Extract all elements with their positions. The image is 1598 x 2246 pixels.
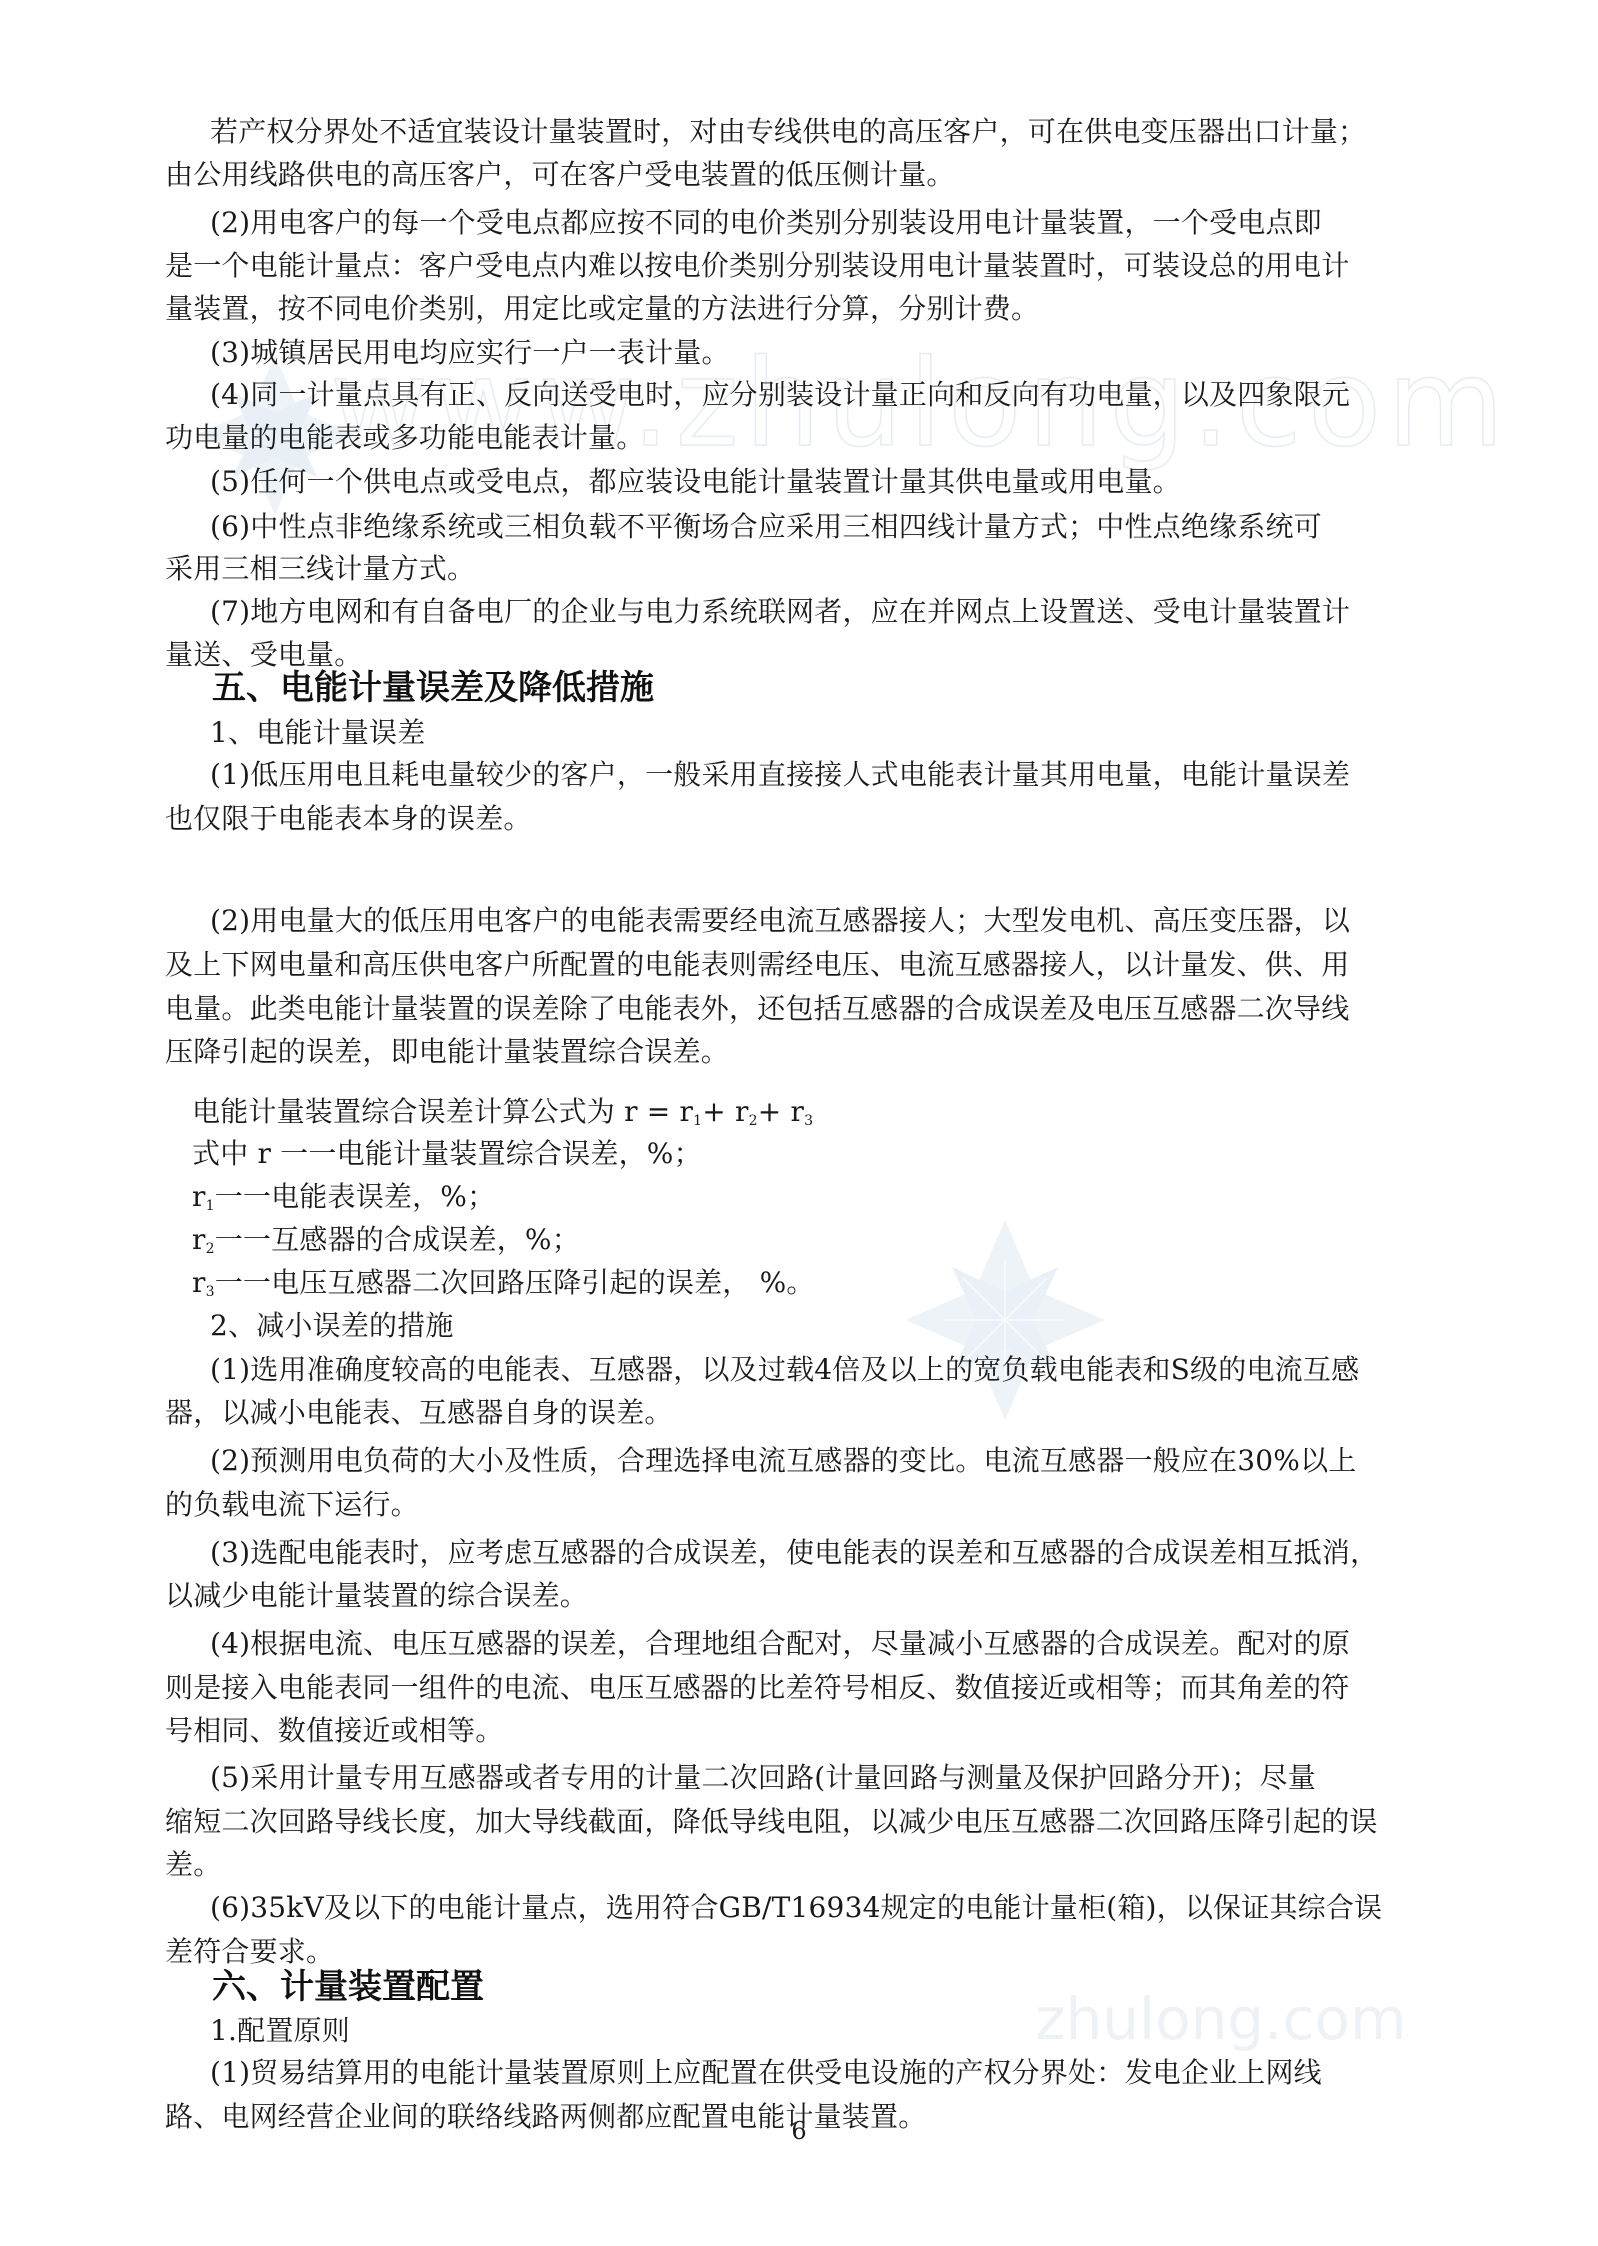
- paragraph-line: 以减少电能计量装置的综合误差。: [165, 1576, 588, 1616]
- paragraph-line: 采用三相三线计量方式。: [165, 549, 475, 589]
- paragraph-line: 则是接入电能表同一组件的电流、电压互感器的比差符号相反、数值接近或相等；而其角差…: [165, 1668, 1349, 1708]
- paragraph-line: 压降引起的误差，即电能计量装置综合误差。: [165, 1032, 729, 1072]
- paragraph-line: 由公用线路供电的高压客户，可在客户受电装置的低压侧计量。: [165, 155, 955, 195]
- paragraph-line: (3)城镇居民用电均应实行一户一表计量。: [210, 333, 730, 373]
- paragraph-line: (2)用电客户的每一个受电点都应按不同的电价类别分别装设用电计量装置，一个受电点…: [210, 203, 1322, 243]
- paragraph-line: (1)选用准确度较高的电能表、互感器，以及过载4倍及以上的宽负载电能表和S级的电…: [210, 1350, 1359, 1390]
- paragraph-line: 电量。此类电能计量装置的误差除了电能表外，还包括互感器的合成误差及电压互感器二次…: [165, 989, 1349, 1029]
- subsection-heading: 1.配置原则: [210, 2011, 350, 2051]
- paragraph-line: (7)地方电网和有自备电厂的企业与电力系统联网者，应在并网点上设置送、受电计量装…: [210, 592, 1350, 632]
- subsection-heading: 1、电能计量误差: [210, 713, 425, 753]
- paragraph-line: (4)同一计量点具有正、反向送受电时，应分别装设计量正向和反向有功电量，以及四象…: [210, 375, 1350, 415]
- paragraph-line: (5)任何一个供电点或受电点，都应装设电能计量装置计量其供电量或用电量。: [210, 462, 1181, 502]
- watermark-logo-icon: [905, 1220, 1105, 1420]
- paragraph-line: 号相同、数值接近或相等。: [165, 1711, 503, 1751]
- paragraph-line: (5)采用计量专用互感器或者专用的计量二次回路(计量回路与测量及保护回路分开)；…: [210, 1758, 1316, 1798]
- paragraph-line: 量装置，按不同电价类别，用定比或定量的方法进行分算，分别计费。: [165, 289, 1039, 329]
- paragraph-line: (1)低压用电且耗电量较少的客户，一般采用直接接人式电能表计量其用电量，电能计量…: [210, 755, 1350, 795]
- paragraph-line: 若产权分界处不适宜装设计量装置时，对由专线供电的高压客户，可在供电变压器出口计量…: [210, 112, 1366, 152]
- paragraph-line: 的负载电流下运行。: [165, 1485, 419, 1525]
- formula-definition: r3一一电压互感器二次回路压降引起的误差， %。: [192, 1263, 815, 1312]
- paragraph-line: (6)35kV及以下的电能计量点，选用符合GB/T16934规定的电能计量柜(箱…: [210, 1888, 1382, 1928]
- paragraph-line: (1)贸易结算用的电能计量装置原则上应配置在供受电设施的产权分界处：发电企业上网…: [210, 2053, 1322, 2093]
- watermark-site-text-small: zhulong.com: [1035, 1990, 1406, 2048]
- paragraph-line: (2)用电量大的低压用电客户的电能表需要经电流互感器接人；大型发电机、高压变压器…: [210, 901, 1350, 941]
- section-heading: 五、电能计量误差及降低措施: [212, 666, 654, 710]
- paragraph-line: (3)选配电能表时，应考虑互感器的合成误差，使电能表的误差和互感器的合成误差相互…: [210, 1533, 1378, 1573]
- paragraph-line: (2)预测用电负荷的大小及性质，合理选择电流互感器的变比。电流互感器一般应在30…: [210, 1441, 1357, 1481]
- section-heading: 六、计量装置配置: [212, 1965, 484, 2009]
- subsection-heading: 2、减小误差的措施: [210, 1306, 454, 1346]
- paragraph-line: 是一个电能计量点：客户受电点内难以按电价类别分别装设用电计量装置时，可装设总的用…: [165, 246, 1349, 286]
- paragraph-line: 功电量的电能表或多功能电能表计量。: [165, 418, 644, 458]
- paragraph-line: 器，以减小电能表、互感器自身的误差。: [165, 1393, 673, 1433]
- formula-definition: r2一一互感器的合成误差，%；: [192, 1220, 580, 1269]
- paragraph-line: 及上下网电量和高压供电客户所配置的电能表则需经电压、电流互感器接人，以计量发、供…: [165, 945, 1349, 985]
- formula-where-line: 式中 r 一一电能计量装置综合误差，%；: [192, 1134, 702, 1174]
- document-page: www.zhulong.com zhulong.com 若产权分界处不适宜装设计…: [0, 0, 1598, 2246]
- formula-definition: r1一一电能表误差，%；: [192, 1177, 495, 1226]
- paragraph-line: 也仅限于电能表本身的误差。: [165, 799, 532, 839]
- paragraph-line: (4)根据电流、电压互感器的误差，合理地组合配对，尽量减小互感器的合成误差。配对…: [210, 1624, 1350, 1664]
- paragraph-line: (6)中性点非绝缘系统或三相负载不平衡场合应采用三相四线计量方式；中性点绝缘系统…: [210, 507, 1322, 547]
- page-number: 6: [0, 2117, 1598, 2145]
- paragraph-line: 缩短二次回路导线长度，加大导线截面，降低导线电阻，以减少电压互感器二次回路压降引…: [165, 1802, 1378, 1842]
- paragraph-line: 差。: [165, 1845, 221, 1885]
